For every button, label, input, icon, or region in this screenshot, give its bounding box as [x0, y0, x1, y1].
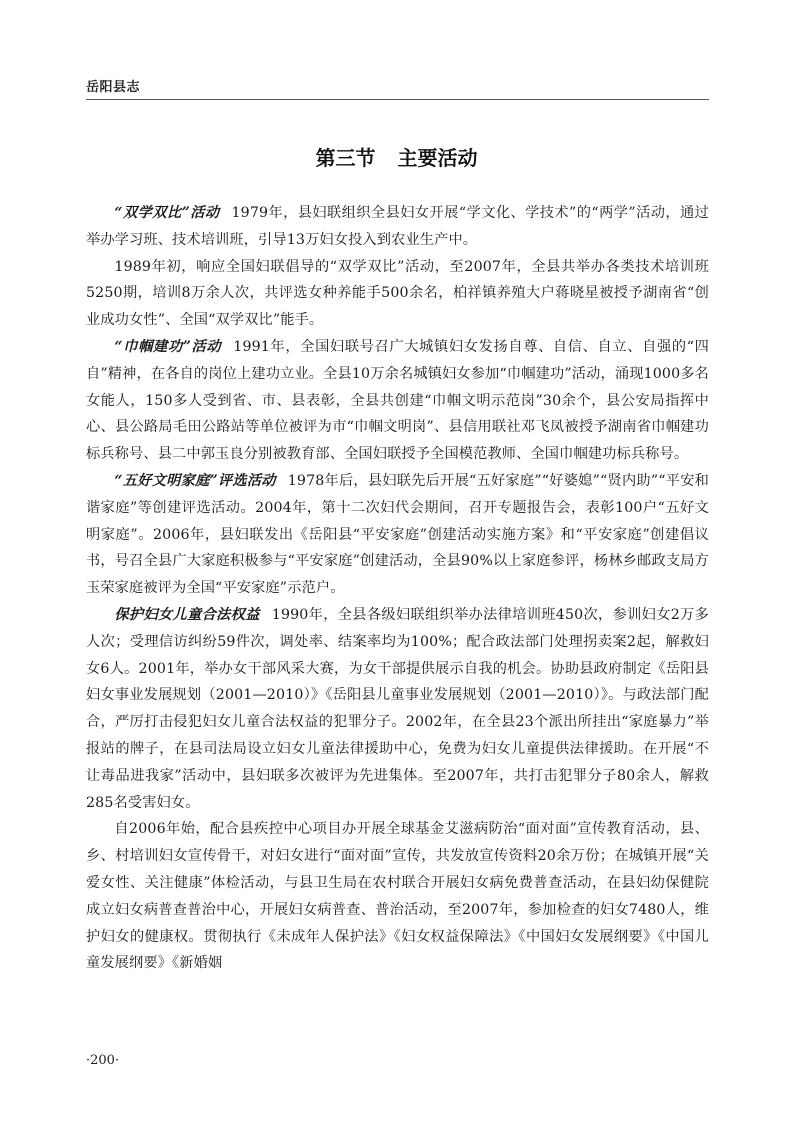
- section-name: 主要活动: [398, 146, 478, 170]
- paragraph-lead: “巾帼建功”活动: [114, 339, 221, 355]
- paragraph: “五好文明家庭”评选活动1978年后，县妇联先后开展“五好家庭”“好婆媳”“贤内…: [86, 468, 709, 602]
- paragraph: 保护妇女儿童合法权益1990年，全县各级妇联组织举办法律培训班450次，参训妇女…: [86, 602, 709, 816]
- paragraph-text: 1990年，全县各级妇联组织举办法律培训班450次，参训妇女2万多人次；受理信访…: [86, 607, 709, 811]
- paragraph-text: 1991年，全国妇联号召广大城镇妇女发扬自尊、自信、自立、自强的“四自”精神，在…: [86, 339, 709, 462]
- section-title: 第三节主要活动: [0, 142, 793, 171]
- paragraph-text: 自2006年始，配合县疾控中心项目办开展全球基金艾滋病防治“面对面”宣传教育活动…: [86, 821, 709, 971]
- paragraph: “巾帼建功”活动1991年，全国妇联号召广大城镇妇女发扬自尊、自信、自立、自强的…: [86, 334, 709, 468]
- paragraph-text: 1978年后，县妇联先后开展“五好家庭”“好婆媳”“贤内助”“平安和谐家庭”等创…: [86, 473, 709, 596]
- paragraph-lead: “五好文明家庭”评选活动: [114, 473, 275, 489]
- header-rule: [86, 99, 709, 100]
- paragraph-lead: 保护妇女儿童合法权益: [114, 607, 259, 623]
- paragraph-text: 1989年初，响应全国妇联倡导的“双学双比”活动，至2007年，全县共举办各类技…: [86, 259, 709, 329]
- running-header-title: 岳阳县志: [86, 76, 140, 95]
- body-text: “双学双比”活动1979年，县妇联组织全县妇女开展“学文化、学技术”的“两学”活…: [86, 200, 709, 977]
- page-number: ·200·: [86, 1053, 119, 1068]
- paragraph: 自2006年始，配合县疾控中心项目办开展全球基金艾滋病防治“面对面”宣传教育活动…: [86, 816, 709, 977]
- paragraph-lead: “双学双比”活动: [114, 205, 219, 221]
- paragraph: 1989年初，响应全国妇联倡导的“双学双比”活动，至2007年，全县共举办各类技…: [86, 254, 709, 334]
- paragraph: “双学双比”活动1979年，县妇联组织全县妇女开展“学文化、学技术”的“两学”活…: [86, 200, 709, 254]
- section-number: 第三节: [316, 146, 376, 170]
